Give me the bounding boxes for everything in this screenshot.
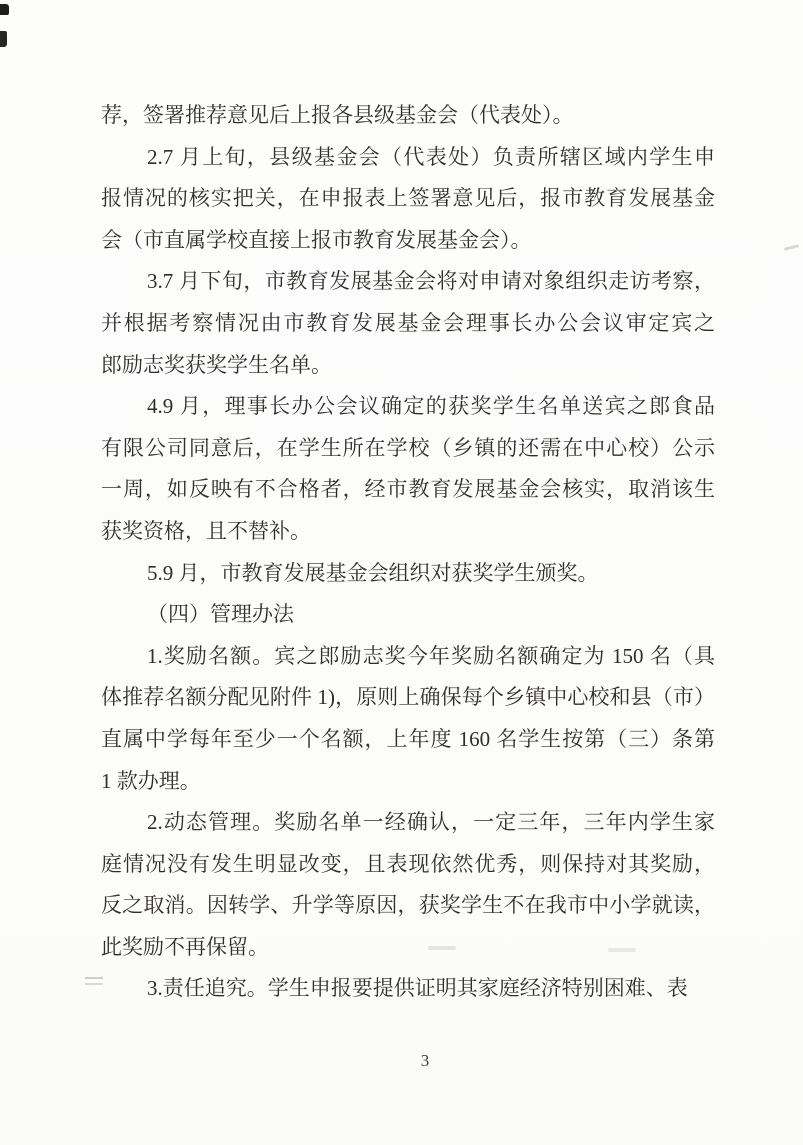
text-line: 1 款办理。 <box>101 761 715 803</box>
text-line: 荐，签署推荐意见后上报各县级基金会（代表处）。 <box>101 95 715 137</box>
text-line: 3.7 月下旬，市教育发展基金会将对申请对象组织走访考察， <box>101 261 715 303</box>
text-line: 庭情况没有发生明显改变，且表现依然优秀，则保持对其奖励， <box>101 844 715 886</box>
text-line: 获奖资格，且不替补。 <box>101 511 715 553</box>
text-line: 4.9 月，理事长办公会议确定的获奖学生名单送宾之郎食品 <box>101 386 715 428</box>
scan-artifact-icon <box>0 4 9 15</box>
text-line: 体推荐名额分配见附件 1)，原则上确保每个乡镇中心校和县（市） <box>101 677 715 719</box>
page-number: 3 <box>47 1051 803 1071</box>
section-heading: （四）管理办法 <box>101 594 715 636</box>
text-line: 2.7 月上旬，县级基金会（代表处）负责所辖区域内学生申 <box>101 137 715 179</box>
text-line: 直属中学每年至少一个名额，上年度 160 名学生按第（三）条第 <box>101 719 715 761</box>
text-line: 5.9 月，市教育发展基金会组织对获奖学生颁奖。 <box>101 553 715 595</box>
text-line: 报情况的核实把关，在申报表上签署意见后，报市教育发展基金 <box>101 178 715 220</box>
text-line: 有限公司同意后，在学生所在学校（乡镇的还需在中心校）公示 <box>101 428 715 470</box>
document-body: 荐，签署推荐意见后上报各县级基金会（代表处）。2.7 月上旬，县级基金会（代表处… <box>101 95 715 1010</box>
scan-artifact-icon <box>0 31 7 47</box>
text-line: 郎励志奖获奖学生名单。 <box>101 345 715 387</box>
text-line: 3.责任追究。学生申报要提供证明其家庭经济特别困难、表 <box>101 968 715 1010</box>
text-line: 此奖励不再保留。 <box>101 927 715 969</box>
scan-smudge <box>784 244 799 251</box>
text-line: 一周，如反映有不合格者，经市教育发展基金会核实，取消该生 <box>101 469 715 511</box>
text-line: 反之取消。因转学、升学等原因，获奖学生不在我市中小学就读， <box>101 885 715 927</box>
text-line: 并根据考察情况由市教育发展基金会理事长办公会议审定宾之 <box>101 303 715 345</box>
document-page: 荐，签署推荐意见后上报各县级基金会（代表处）。2.7 月上旬，县级基金会（代表处… <box>0 0 803 1145</box>
text-line: 1.奖励名额。宾之郎励志奖今年奖励名额确定为 150 名（具 <box>101 636 715 678</box>
text-line: 2.动态管理。奖励名单一经确认，一定三年，三年内学生家 <box>101 802 715 844</box>
text-line: 会（市直属学校直接上报市教育发展基金会）。 <box>101 220 715 262</box>
